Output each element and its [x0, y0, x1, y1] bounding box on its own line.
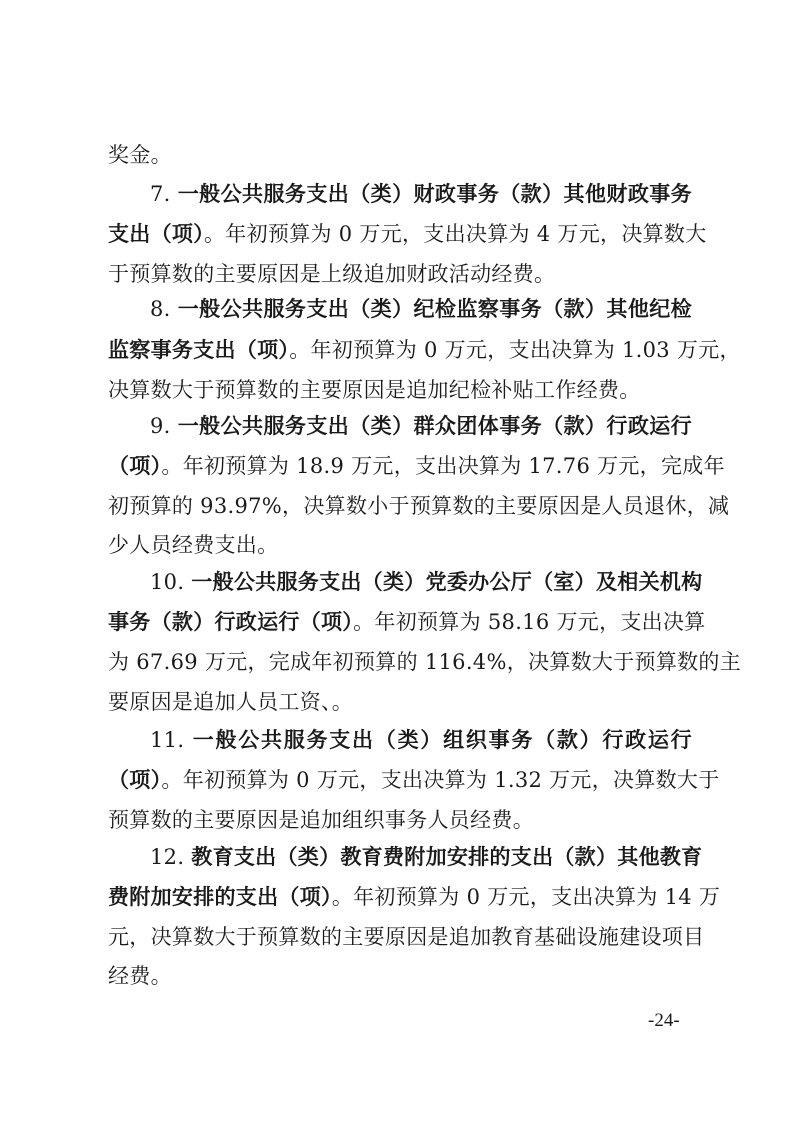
- body-text: 要原因是追加人员工资、。: [108, 690, 353, 714]
- text-line: 初预算的 93.97%，决算数小于预算数的主要原因是人员退休，减: [108, 486, 692, 526]
- text-line: 决算数大于预算数的主要原因是追加纪检补贴工作经费。: [108, 370, 692, 410]
- body-text: 9.: [150, 414, 178, 438]
- body-text: 12.: [150, 845, 191, 869]
- bold-heading-text: 教育支出（类）教育费附加安排的支出（款）其他教育: [191, 845, 702, 869]
- text-line: 8. 一般公共服务支出（类）纪检监察事务（款）其他纪检: [150, 289, 692, 329]
- body-text: 决算数大于预算数的主要原因是追加纪检补贴工作经费。: [108, 378, 641, 402]
- body-text: 8.: [150, 297, 178, 321]
- text-line: 10. 一般公共服务支出（类）党委办公厅（室）及相关机构: [150, 562, 692, 602]
- text-line: 元，决算数大于预算数的主要原因是追加教育基础设施建设项目: [108, 917, 692, 957]
- text-line: 事务（款）行政运行（项）。年初预算为 58.16 万元，支出决算: [108, 602, 692, 642]
- text-line: 经费。: [108, 956, 692, 996]
- body-text: 。年初预算为 18.9 万元，支出决算为 17.76 万元，完成年: [161, 454, 724, 478]
- text-line: 于预算数的主要原因是上级追加财政活动经费。: [108, 254, 692, 294]
- body-text: 元，决算数大于预算数的主要原因是追加教育基础设施建设项目: [108, 925, 704, 949]
- body-text: 经费。: [108, 964, 172, 988]
- body-text: 。年初预算为 0 万元，支出决算为 4 万元，决算数大: [204, 222, 707, 246]
- bold-heading-text: 监察事务支出（项）: [108, 338, 289, 362]
- text-line: 费附加安排的支出（项）。年初预算为 0 万元，支出决算为 14 万: [108, 877, 692, 917]
- text-line: 11. 一般公共服务支出（类）组织事务（款）行政运行: [150, 720, 692, 760]
- body-text: 11.: [150, 728, 193, 752]
- body-text: 为 67.69 万元，完成年初预算的 116.4%，决算数大于预算数的主: [108, 650, 741, 674]
- text-line: （项）。年初预算为 18.9 万元，支出决算为 17.76 万元，完成年: [108, 446, 692, 486]
- body-text: 奖金。: [108, 143, 172, 167]
- bold-heading-text: 一般公共服务支出（类）群众团体事务（款）行政运行: [178, 414, 692, 438]
- bold-heading-text: 一般公共服务支出（类）组织事务（款）行政运行: [193, 728, 692, 752]
- body-text: 。年初预算为 0 万元，支出决算为 1.32 万元，决算数大于: [161, 768, 719, 792]
- bold-heading-text: 事务（款）行政运行（项）: [108, 610, 353, 634]
- bold-heading-text: 费附加安排的支出（项）: [108, 885, 332, 909]
- text-line: 9. 一般公共服务支出（类）群众团体事务（款）行政运行: [150, 406, 692, 446]
- bold-heading-text: （项）: [108, 768, 161, 792]
- bold-heading-text: 支出（项）: [108, 222, 204, 246]
- body-text: 。年初预算为 0 万元，支出决算为 14 万: [332, 885, 720, 909]
- text-line: 少人员经费支出。: [108, 525, 692, 565]
- body-text: 于预算数的主要原因是上级追加财政活动经费。: [108, 262, 555, 286]
- body-text: 。年初预算为 0 万元，支出决算为 1.03 万元，: [289, 338, 741, 362]
- body-text: 少人员经费支出。: [108, 533, 278, 557]
- bold-heading-text: 一般公共服务支出（类）党委办公厅（室）及相关机构: [191, 570, 702, 594]
- bold-heading-text: 一般公共服务支出（类）财政事务（款）其他财政事务: [178, 182, 692, 206]
- text-line: 12. 教育支出（类）教育费附加安排的支出（款）其他教育: [150, 837, 692, 877]
- body-text: 7.: [150, 182, 178, 206]
- text-line: 预算数的主要原因是追加组织事务人员经费。: [108, 800, 692, 840]
- page-number: -24-: [648, 1010, 680, 1032]
- text-line: 奖金。: [108, 135, 692, 175]
- text-line: 7. 一般公共服务支出（类）财政事务（款）其他财政事务: [150, 174, 692, 214]
- bold-heading-text: 一般公共服务支出（类）纪检监察事务（款）其他纪检: [178, 297, 692, 321]
- body-text: 初预算的 93.97%，决算数小于预算数的主要原因是人员退休，减: [108, 494, 729, 518]
- bold-heading-text: （项）: [108, 454, 161, 478]
- text-line: 支出（项）。年初预算为 0 万元，支出决算为 4 万元，决算数大: [108, 214, 692, 254]
- text-line: （项）。年初预算为 0 万元，支出决算为 1.32 万元，决算数大于: [108, 760, 692, 800]
- body-text: 10.: [150, 570, 191, 594]
- text-line: 要原因是追加人员工资、。: [108, 682, 692, 722]
- text-line: 监察事务支出（项）。年初预算为 0 万元，支出决算为 1.03 万元，: [108, 330, 692, 370]
- body-text: 预算数的主要原因是追加组织事务人员经费。: [108, 808, 534, 832]
- body-text: 。年初预算为 58.16 万元，支出决算: [353, 610, 705, 634]
- text-line: 为 67.69 万元，完成年初预算的 116.4%，决算数大于预算数的主: [108, 642, 692, 682]
